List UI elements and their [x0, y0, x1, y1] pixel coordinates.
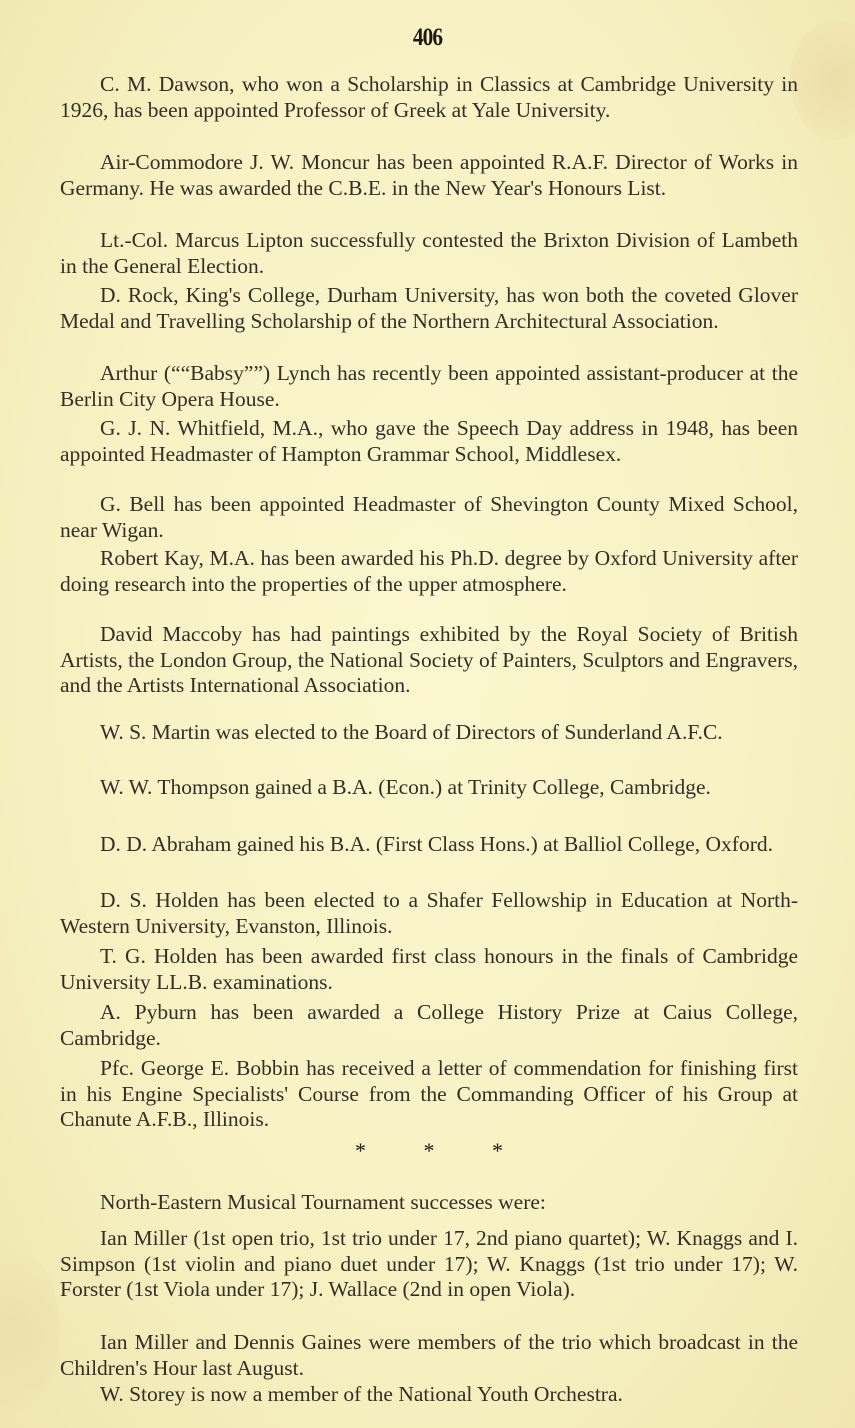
music-intro: North-Eastern Musical Tournament success…: [60, 1190, 798, 1216]
news-paragraph: Air-Commodore J. W. Moncur has been appo…: [60, 150, 798, 201]
news-paragraph: D. S. Holden has been elected to a Shafe…: [60, 888, 798, 939]
music-paragraph: Ian Miller (1st open trio, 1st trio unde…: [60, 1226, 798, 1303]
news-paragraph: T. G. Holden has been awarded first clas…: [60, 944, 798, 995]
news-paragraph: G. J. N. Whitfield, M.A., who gave the S…: [60, 416, 798, 467]
news-paragraph: Robert Kay, M.A. has been awarded his Ph…: [60, 546, 798, 597]
news-paragraph: Arthur (““Babsy””) Lynch has recently be…: [60, 361, 798, 412]
news-paragraph: W. W. Thompson gained a B.A. (Econ.) at …: [60, 775, 798, 801]
news-paragraph: G. Bell has been appointed Headmaster of…: [60, 492, 798, 543]
section-separator: * * *: [60, 1138, 798, 1164]
news-paragraph: Lt.-Col. Marcus Lipton successfully cont…: [60, 228, 798, 279]
news-paragraph: C. M. Dawson, who won a Scholarship in C…: [60, 72, 798, 123]
news-paragraph: D. D. Abraham gained his B.A. (First Cla…: [60, 832, 798, 858]
music-paragraph: Ian Miller and Dennis Gaines were member…: [60, 1330, 798, 1381]
news-paragraph: Pfc. George E. Bobbin has received a let…: [60, 1056, 798, 1133]
news-paragraph: David Maccoby has had paintings exhibite…: [60, 622, 798, 699]
page-number: 406: [64, 24, 791, 52]
paper-stain: [790, 20, 855, 140]
music-paragraph: W. Storey is now a member of the Nationa…: [60, 1382, 798, 1408]
news-paragraph: D. Rock, King's College, Durham Universi…: [60, 283, 798, 334]
news-paragraph: W. S. Martin was elected to the Board of…: [60, 720, 798, 746]
news-paragraph: A. Pyburn has been awarded a College His…: [60, 1000, 798, 1051]
paper-stain: [0, 1250, 60, 1410]
